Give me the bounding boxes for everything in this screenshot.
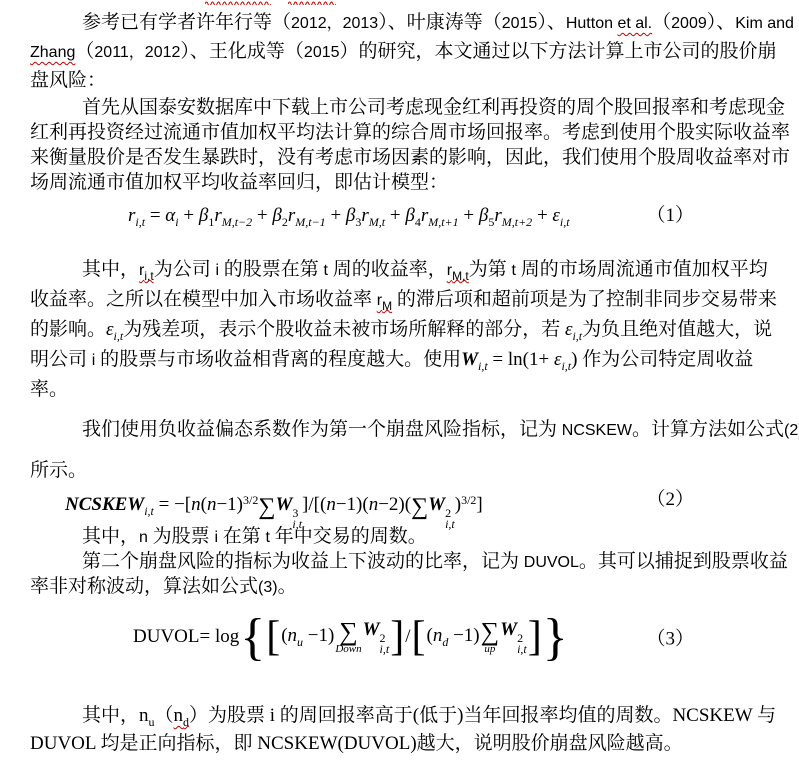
math-op: = ln(1+ bbox=[488, 349, 554, 370]
text-run: 为股票 bbox=[148, 526, 215, 547]
text-run: (2) bbox=[784, 422, 799, 439]
text-run: DUVOL 均是正向指标，即 NCSKEW(DUVOL)越大，说明股价崩盘风险越… bbox=[30, 733, 683, 754]
text-run: 收益率。之所以在模型中加入市场收益率 bbox=[30, 289, 377, 310]
math-var: r bbox=[214, 205, 221, 226]
math-sub: M,t−2 bbox=[222, 215, 252, 229]
text-line: 红利再投资经过流通市值加权平均法计算的综合周市场回报率。考虑到使用个股实际收益率 bbox=[30, 120, 763, 145]
sup-sub-stack: 2i,t bbox=[445, 508, 455, 530]
text-run: 率非对称波动，算法如公式 bbox=[30, 576, 258, 597]
text-run: 为残差项，表示个股收益未被市场所解释的部分，若 bbox=[123, 319, 565, 340]
equation-number: （2） bbox=[646, 483, 694, 517]
math-group: W2i,t bbox=[363, 619, 390, 655]
text-run: 的影响。 bbox=[30, 319, 106, 340]
text-run: （ bbox=[652, 12, 671, 33]
math-sup: 3/2 bbox=[243, 493, 258, 507]
text-run: 的滞后项和超前项是为了控制非同步交易带来 bbox=[392, 289, 777, 310]
math-sub: i,t bbox=[445, 519, 455, 530]
math-var: n bbox=[139, 705, 149, 726]
math-group: W2i,t bbox=[500, 619, 527, 655]
text-run: Kim and bbox=[735, 15, 794, 32]
math-op: + bbox=[385, 205, 405, 226]
math-group: (nd −1) bbox=[426, 625, 479, 650]
text-line: 的影响。εi,t为残差项，表示个股收益未被市场所解释的部分，若 εi,t为负且绝… bbox=[30, 315, 763, 345]
spellcheck-squiggle bbox=[288, 0, 336, 5]
math-var: β bbox=[272, 205, 281, 226]
document-page: 参考已有学者许年行等（2012，2013）、叶康涛等（2015）、Hutton … bbox=[0, 0, 799, 764]
text-run: DUVOL bbox=[524, 554, 579, 571]
text-line: 首先从国泰安数据库中下载上市公司考虑现金红利再投资的周个股回报率和考虑现金 bbox=[30, 95, 763, 120]
math-var: ε bbox=[552, 205, 560, 226]
text-run: 2015 bbox=[304, 44, 340, 61]
math-sub: i,t bbox=[560, 215, 570, 229]
equation-3: DUVOL= log { [ (nu −1) ∑Down W2i,t ] / [… bbox=[30, 605, 763, 669]
math-sub: i,t bbox=[561, 359, 571, 373]
math-var: NCSKEW bbox=[65, 494, 144, 515]
sup-sub-stack: 2i,t bbox=[380, 633, 390, 655]
text-line: 其中，ri,t为公司 i 的股票在第 t 周的收益率，rM,t为第 t 周的市场… bbox=[30, 255, 763, 285]
math-var: n bbox=[174, 705, 184, 726]
sigma-icon: ∑ bbox=[411, 494, 428, 520]
text-run: 的股票与市场收益相背离的程度越大。使用 bbox=[95, 349, 461, 370]
right-brace: } bbox=[543, 608, 568, 667]
text-run: 我们使用负收益偏态系数作为第一个崩盘风险指标，记为 bbox=[82, 419, 562, 440]
text-run: 所示。 bbox=[30, 460, 87, 481]
sigma-icon: ∑ bbox=[339, 620, 358, 644]
text-line: 参考已有学者许年行等（2012，2013）、叶康涛等（2015）、Hutton … bbox=[30, 8, 763, 37]
text-line: 我们使用负收益偏态系数作为第一个崩盘风险指标，记为 NCSKEW。计算方法如公式… bbox=[30, 415, 763, 445]
misspelled-run: Zhang bbox=[30, 44, 75, 61]
text-run: n bbox=[139, 529, 148, 546]
misspelled-run: et al. bbox=[617, 15, 652, 32]
math-sub: M,t bbox=[369, 215, 385, 229]
text-run: 在第 bbox=[218, 526, 266, 547]
math-sup: 3/2 bbox=[461, 493, 476, 507]
math-sub: i,t bbox=[572, 329, 582, 343]
document-body: 参考已有学者许年行等（2012，2013）、叶康涛等（2015）、Hutton … bbox=[0, 8, 799, 758]
text-run: ）、叶康涛等（ bbox=[378, 12, 502, 33]
math-sub: M,t+1 bbox=[428, 215, 458, 229]
spellcheck-squiggle bbox=[205, 0, 271, 5]
left-bracket: [ bbox=[266, 613, 280, 661]
text-run: 2009 bbox=[671, 15, 707, 32]
text-line: 场周流通市值加权平均收益率回归，即估计模型： bbox=[30, 170, 763, 195]
text-run: ）为股票 i 的周回报率高于(低于)当年回报率均值的周数。NCSKEW 与 bbox=[189, 705, 776, 726]
text-run: (3) bbox=[258, 579, 278, 596]
math-sub: M,t+2 bbox=[502, 215, 532, 229]
math-op: −1) bbox=[448, 625, 479, 646]
text-run: 2015 bbox=[502, 15, 538, 32]
text-line: 盘风险： bbox=[30, 66, 763, 95]
text-run: 参考已有学者许年行等（ bbox=[82, 12, 291, 33]
math-sub: i,t bbox=[144, 269, 153, 283]
math-sub: i,t bbox=[292, 519, 302, 530]
cutoff-line-fragment bbox=[0, 0, 799, 6]
math-sub: i,t bbox=[114, 329, 124, 343]
text-run: 第二个崩盘风险的指标为收益上下波动的比率，记为 bbox=[82, 551, 524, 572]
math-var: n bbox=[369, 494, 379, 515]
math-sub: i,t bbox=[380, 644, 390, 655]
math-var: n bbox=[326, 494, 336, 515]
misspelled-run: nd bbox=[174, 705, 190, 726]
sum-with-limit: ∑Down bbox=[335, 620, 361, 655]
math-var: β bbox=[405, 205, 414, 226]
math-sub: M bbox=[382, 299, 392, 313]
text-line: 率。 bbox=[30, 375, 763, 405]
math-var: β bbox=[199, 205, 208, 226]
math-var: W bbox=[428, 494, 445, 515]
text-line: 第二个崩盘风险的指标为收益上下波动的比率，记为 DUVOL。其可以捕捉到股票收益 bbox=[30, 549, 763, 574]
text-line: 所示。 bbox=[30, 458, 763, 483]
text-run: 的股票在第 bbox=[219, 259, 324, 280]
math-var: β bbox=[346, 205, 355, 226]
math-sub: i,t bbox=[135, 215, 145, 229]
text-run: 。 bbox=[278, 576, 297, 597]
text-line: 其中，n 为股票 i 在第 t 年中交易的周数。 bbox=[30, 524, 763, 549]
text-run: 来衡量股价是否发生暴跌时，没有考虑市场因素的影响，因此，我们使用个股周收益率对市 bbox=[30, 147, 790, 168]
text-run: ）、 bbox=[707, 12, 736, 33]
text-run: 红利再投资经过流通市值加权平均法计算的综合周市场回报率。考虑到使用个股实际收益率 bbox=[30, 122, 790, 143]
math-op: −1) bbox=[303, 625, 334, 646]
text-run: 。其可以捕捉到股票收益 bbox=[579, 551, 788, 572]
text-run: 率。 bbox=[30, 379, 68, 400]
paragraph-n-definition: 其中，n 为股票 i 在第 t 年中交易的周数。 bbox=[30, 524, 763, 549]
equation-1: ri,t = αi + β1rM,t−2 + β2rM,t−1 + β3rM,t… bbox=[30, 195, 763, 237]
text-line: 其中，nu（nd）为股票 i 的周回报率高于(低于)当年回报率均值的周数。NCS… bbox=[30, 702, 763, 730]
sum-limit: Down bbox=[335, 644, 361, 655]
paragraph-data-source: 首先从国泰安数据库中下载上市公司考虑现金红利再投资的周个股回报率和考虑现金 红利… bbox=[30, 95, 763, 195]
sup-sub-stack: 2i,t bbox=[517, 633, 527, 655]
math-sub: i,t bbox=[478, 359, 488, 373]
text-run: ）、 bbox=[537, 12, 566, 33]
sigma-icon: ∑ bbox=[481, 620, 500, 644]
sigma-icon: ∑ bbox=[258, 494, 275, 520]
paragraph-model-explanation: 其中，ri,t为公司 i 的股票在第 t 周的收益率，rM,t为第 t 周的市场… bbox=[30, 255, 763, 405]
text-run: 盘风险： bbox=[30, 70, 106, 91]
math-op: = −[ bbox=[154, 494, 191, 515]
text-run: 周的市场周流通市值加权平均 bbox=[516, 259, 768, 280]
math-var: ε bbox=[106, 319, 114, 340]
text-run: Hutton bbox=[566, 15, 618, 32]
math-sub: i,t bbox=[144, 504, 154, 518]
math-op: = bbox=[145, 205, 165, 226]
math-var: n bbox=[191, 494, 201, 515]
equation-number: （1） bbox=[646, 195, 694, 237]
math-op: −1)( bbox=[336, 494, 369, 515]
misspelled-run: rM,t bbox=[447, 262, 469, 279]
text-line: 来衡量股价是否发生暴跌时，没有考虑市场因素的影响，因此，我们使用个股周收益率对市 bbox=[30, 145, 763, 170]
math-op: / bbox=[405, 626, 410, 648]
text-line: 收益率。之所以在模型中加入市场收益率 rM 的滞后项和超前项是为了控制非同步交易… bbox=[30, 285, 763, 315]
math-var: α bbox=[165, 205, 175, 226]
text-run: 其中， bbox=[82, 259, 139, 280]
text-run: ）、王化成等（ bbox=[180, 41, 304, 62]
text-run: NCSKEW bbox=[562, 422, 632, 439]
misspelled-run: rM bbox=[377, 292, 392, 309]
text-run: 周的收益率， bbox=[328, 259, 447, 280]
text-line: 明公司 i 的股票与市场收益相背离的程度越大。使用Wi,t = ln(1+ εi… bbox=[30, 345, 763, 375]
text-run: 明公司 bbox=[30, 349, 92, 370]
math-var: W bbox=[275, 494, 292, 515]
text-run: ）的研究，本文通过以下方法计算上市公司的股价崩 bbox=[340, 41, 777, 62]
left-brace: { bbox=[240, 608, 265, 667]
math-op: ] bbox=[476, 494, 482, 515]
math-op: + bbox=[179, 205, 199, 226]
text-run: 为负且绝对值越大，说 bbox=[582, 319, 772, 340]
math-op: DUVOL= log bbox=[133, 626, 239, 648]
left-bracket: [ bbox=[411, 613, 425, 661]
math-sub: M,t bbox=[452, 269, 469, 283]
misspelled-run: ri,t bbox=[139, 262, 154, 279]
math-sub: i,t bbox=[517, 644, 527, 655]
equation-number: （3） bbox=[646, 624, 694, 651]
math-group: (nu −1) bbox=[281, 625, 334, 650]
text-run: 2012，2013 bbox=[291, 15, 378, 32]
text-run: 为公司 bbox=[154, 259, 216, 280]
text-run: 其中， bbox=[82, 705, 139, 726]
paragraph-references: 参考已有学者许年行等（2012，2013）、叶康涛等（2015）、Hutton … bbox=[30, 8, 763, 95]
math-var: β bbox=[479, 205, 488, 226]
math-op: + bbox=[532, 205, 552, 226]
equation-2: NCSKEWi,t = −[n(n−1)3/2∑W3i,t]/[(n−1)(n−… bbox=[30, 483, 763, 517]
text-run: 为第 bbox=[469, 259, 512, 280]
text-run: 2011，2012 bbox=[94, 44, 180, 61]
right-bracket: ] bbox=[390, 613, 404, 661]
math-op: −2)( bbox=[378, 494, 411, 515]
math-var: r bbox=[494, 205, 501, 226]
math-var: W bbox=[363, 619, 380, 640]
text-run: （ bbox=[155, 705, 174, 726]
math-op: + bbox=[459, 205, 479, 226]
math-var: W bbox=[461, 349, 478, 370]
text-run: （ bbox=[75, 41, 94, 62]
text-run: 首先从国泰安数据库中下载上市公司考虑现金红利再投资的周个股回报率和考虑现金 bbox=[82, 97, 785, 118]
right-bracket: ] bbox=[528, 613, 542, 661]
text-run: 其中， bbox=[82, 526, 139, 547]
math-sub: M,t−1 bbox=[295, 215, 325, 229]
paragraph-ncskew-intro: 我们使用负收益偏态系数作为第一个崩盘风险指标，记为 NCSKEW。计算方法如公式… bbox=[30, 415, 763, 483]
math-op: + bbox=[326, 205, 346, 226]
math-var: r bbox=[361, 205, 368, 226]
math-var: W bbox=[500, 619, 517, 640]
math-op: + bbox=[252, 205, 272, 226]
text-run: 场周流通市值加权平均收益率回归，即估计模型： bbox=[30, 172, 448, 193]
sum-limit: up bbox=[484, 644, 495, 655]
text-run: 。计算方法如公式 bbox=[632, 419, 784, 440]
math-var: n bbox=[288, 625, 298, 646]
paragraph-duvol-intro: 第二个崩盘风险的指标为收益上下波动的比率，记为 DUVOL。其可以捕捉到股票收益… bbox=[30, 549, 763, 599]
math-op: −1) bbox=[216, 494, 243, 515]
text-line: 率非对称波动，算法如公式(3)。 bbox=[30, 574, 763, 599]
text-run: ) 作为公司特定周收益 bbox=[571, 349, 753, 370]
text-line: Zhang（2011，2012）、王化成等（2015）的研究，本文通过以下方法计… bbox=[30, 37, 763, 66]
paragraph-conclusion: 其中，nu（nd）为股票 i 的周回报率高于(低于)当年回报率均值的周数。NCS… bbox=[30, 702, 763, 758]
math-op: ]/[( bbox=[302, 494, 326, 515]
sup-sub-stack: 3i,t bbox=[292, 508, 302, 530]
text-line: DUVOL 均是正向指标，即 NCSKEW(DUVOL)越大，说明股价崩盘风险越… bbox=[30, 730, 763, 758]
sum-with-limit: ∑up bbox=[481, 620, 500, 655]
math-var: n bbox=[433, 625, 443, 646]
